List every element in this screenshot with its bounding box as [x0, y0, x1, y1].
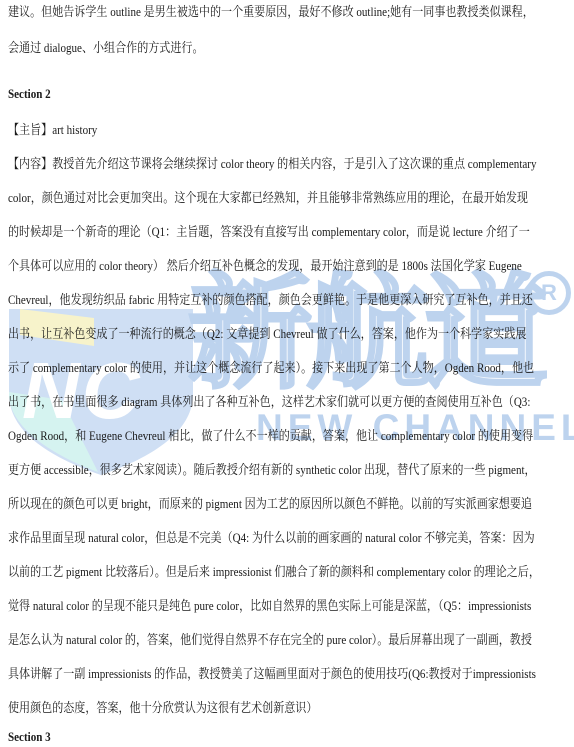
paragraph-line: 求作品里面呈现 natural color，但总是不完美（Q4: 为什么以前的画… — [8, 530, 535, 546]
paragraph-line: 个具体可以应用的 color theory） 然后介绍互补色概念的发现，最开始注… — [8, 258, 522, 274]
topic-value: art history — [52, 122, 97, 137]
paragraph-line: 建议。但她告诉学生 outline 是男生被选中的一个重要原因，最好不修改 ou… — [8, 4, 534, 20]
paragraph-line: 具体讲解了一副 impressionists 的作品，教授赞美了这幅画里面对于颜… — [8, 666, 536, 682]
paragraph-line: 觉得 natural color 的呈现不能只是纯色 pure color，比如… — [8, 598, 531, 614]
paragraph-line: 示了 complementary color 的使用，并让这个概念流行了起来）。… — [8, 360, 534, 376]
paragraph-line: 是怎么认为 natural color 的，答案，他们觉得自然界不存在完全的 p… — [8, 632, 532, 648]
paragraph-line: Chevreul，他发现纺织品 fabric 用特定互补的颜色搭配，颜色会更鲜艳… — [8, 292, 533, 308]
document-text: 建议。但她告诉学生 outline 是男生被选中的一个重要原因，最好不修改 ou… — [8, 0, 574, 747]
paragraph-line: 的时候却是一个新奇的理论（Q1：主旨题，答案没有直接写出 complementa… — [8, 224, 530, 240]
paragraph-line: 以前的工艺 pigment 比较落后）。但是后来 impressionist 们… — [8, 564, 540, 580]
paragraph-line: 【内容】教授首先介绍这节课将会继续探讨 color theory 的相关内容，于… — [8, 156, 537, 172]
paragraph-line: 更方便 accessible，很多艺术家阅读）。随后教授介绍有新的 synthe… — [8, 462, 536, 478]
paragraph-line: Ogden Rood，和 Eugene Chevreul 相比，做了什么不一样的… — [8, 428, 533, 444]
section-2-heading: Section 2 — [8, 86, 51, 102]
topic-line: 【主旨】art history — [8, 122, 97, 138]
paragraph-line: 会通过 dialogue、小组合作的方式进行。 — [8, 40, 204, 56]
paragraph-line: 出书，让互补色变成了一种流行的概念（Q2: 文章提到 Chevreul 做了什么… — [8, 326, 526, 342]
paragraph-line: 使用颜色的态度，答案，他十分欣赏认为这很有艺术创新意识） — [8, 700, 317, 716]
section-3-heading: Section 3 — [8, 729, 51, 745]
paragraph-line: 所以现在的颜色可以更 bright，而原来的 pigment 因为工艺的原因所以… — [8, 496, 532, 512]
paragraph-line: 出了书，在书里面很多 diagram 具体列出了各种互补色，这样艺术家们就可以更… — [8, 394, 530, 410]
topic-label: 【主旨】 — [8, 122, 52, 137]
paragraph-line: color，颜色通过对比会更加突出。这个现在大家都已经熟知，并且能够非常熟练应用… — [8, 190, 528, 206]
document-page: NC 新航道 NEW CHANNEL R 建议。但她告诉学生 outline 是… — [0, 0, 574, 747]
